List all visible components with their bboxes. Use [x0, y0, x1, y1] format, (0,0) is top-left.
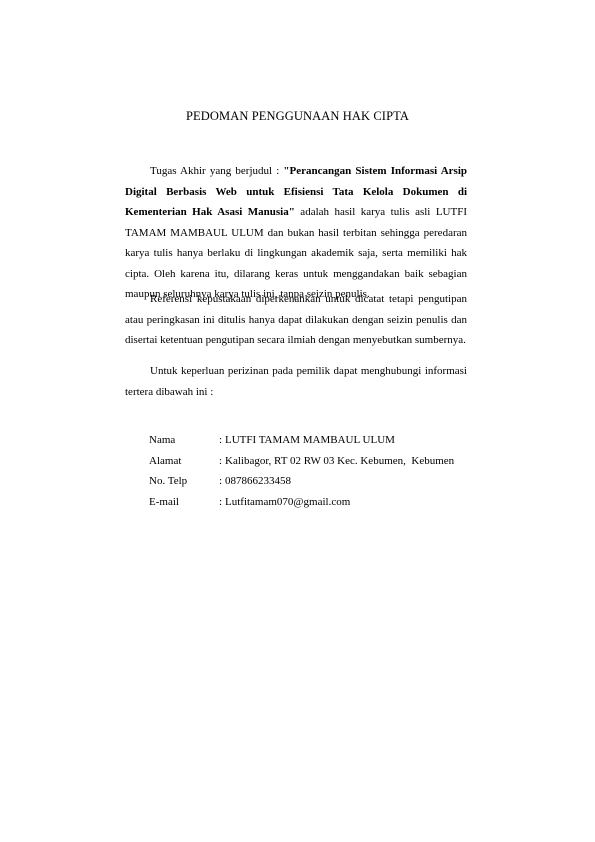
contact-value: Kalibagor, RT 02 RW 03 Kec. Kebumen, Keb… [225, 451, 454, 472]
declaration-body: adalah hasil karya tulis asli LUTFI TAMA… [125, 206, 467, 300]
contact-value: 087866233458 [225, 471, 291, 492]
contact-row-phone: No. Telp : 087866233458 [149, 471, 454, 492]
contact-row-address: Alamat : Kalibagor, RT 02 RW 03 Kec. Keb… [149, 451, 454, 472]
paragraph-declaration: Tugas Akhir yang berjudul : "Perancangan… [125, 161, 467, 305]
paragraph-permission: Untuk keperluan perizinan pada pemilik d… [125, 361, 467, 402]
contact-row-email: E-mail : Lutfitamam070@gmail.com [149, 492, 454, 513]
page-title: PEDOMAN PENGGUNAAN HAK CIPTA [0, 109, 595, 124]
contact-value: Lutfitamam070@gmail.com [225, 492, 350, 513]
contact-row-name: Nama : LUTFI TAMAM MAMBAUL ULUM [149, 430, 454, 451]
document-page: PEDOMAN PENGGUNAAN HAK CIPTA Tugas Akhir… [0, 0, 595, 842]
contact-label: Nama [149, 430, 219, 451]
contact-label: Alamat [149, 451, 219, 472]
contact-label: No. Telp [149, 471, 219, 492]
contact-value: LUTFI TAMAM MAMBAUL ULUM [225, 430, 395, 451]
declaration-intro: Tugas Akhir yang berjudul : [150, 165, 283, 177]
paragraph-reference: Referensi kepustakaan diperkenankan untu… [125, 289, 467, 351]
contact-label: E-mail [149, 492, 219, 513]
contact-info: Nama : LUTFI TAMAM MAMBAUL ULUM Alamat :… [149, 430, 454, 512]
